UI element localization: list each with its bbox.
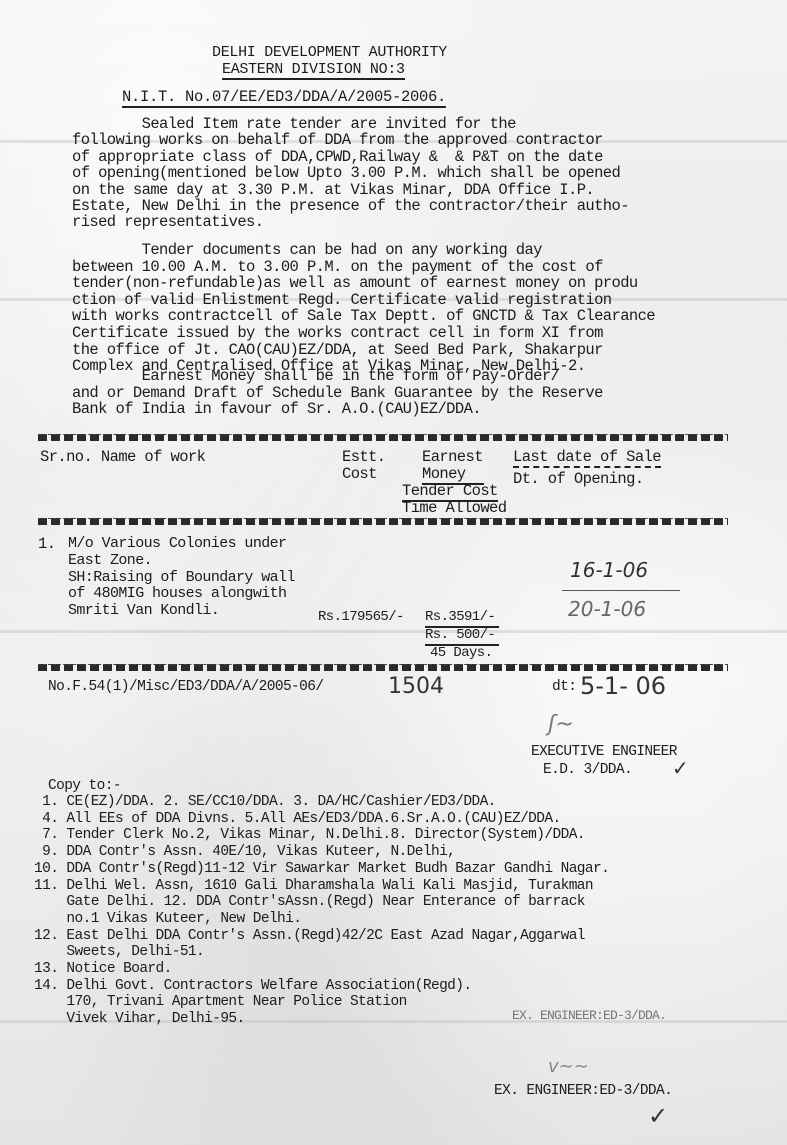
work-name-line: of 480MIG houses alongwith (68, 586, 286, 603)
copy-to-item: Gate Delhi. 12. DDA Contr'sAssn.(Regd) N… (34, 894, 585, 911)
paragraph-line: Sealed Item rate tender are invited for … (72, 116, 516, 133)
row-tender-cost: Rs. 500/- (425, 627, 499, 646)
paragraph-line: tender(non-refundable)as well as amount … (72, 275, 638, 292)
copy-to-item: 11. Delhi Wel. Assn, 1610 Gali Dharamsha… (34, 878, 593, 895)
work-name-line: Smriti Van Kondli. (68, 603, 219, 620)
paper-crease (0, 630, 787, 633)
paragraph-line: and or Demand Draft of Schedule Bank Gua… (72, 385, 603, 402)
signature-title: EXECUTIVE ENGINEER (531, 744, 677, 761)
col-header-last-date-sale: Last date of Sale (513, 449, 661, 468)
copy-to-item: 4. All EEs of DDA Divns. 5.All AEs/ED3/D… (34, 811, 561, 828)
col-header-cost: Cost (342, 466, 377, 483)
org-name: DELHI DEVELOPMENT AUTHORITY (212, 44, 447, 61)
copy-to-item: 7. Tender Clerk No.2, Vikas Minar, N.Del… (34, 827, 585, 844)
copy-to-item: 13. Notice Board. (34, 961, 172, 978)
copy-to-item: no.1 Vikas Kuteer, New Delhi. (34, 911, 301, 928)
file-number: No.F.54(1)/Misc/ED3/DDA/A/2005-06/ (48, 679, 323, 696)
row-srno: 1. (38, 536, 55, 553)
table-bottom-rule (38, 664, 728, 671)
file-number-handwritten: 1504 (388, 674, 444, 699)
row-time-allowed: 45 Days. (430, 645, 492, 662)
copy-to-item: 10. DDA Contr's(Regd)11-12 Vir Sawarkar … (34, 861, 609, 878)
paragraph-line: with works contractcell of Sale Tax Dept… (72, 308, 655, 325)
check-mark-icon: ✓ (672, 756, 689, 780)
copy-to-label: Copy to:- (48, 778, 121, 795)
paragraph-line: Tender documents can be had on any worki… (72, 242, 542, 259)
table-header-rule (38, 518, 728, 525)
copy-to-item: 12. East Delhi DDA Contr's Assn.(Regd)42… (34, 928, 585, 945)
check-mark-icon: ✓ (648, 1102, 668, 1130)
paragraph-line: Earnest Money shall be in the form of Pa… (72, 368, 559, 385)
copy-to-item: 14. Delhi Govt. Contractors Welfare Asso… (34, 978, 471, 995)
paragraph-line: on the same day at 3.30 P.M. at Vikas Mi… (72, 182, 594, 199)
work-name-line: East Zone. (68, 553, 152, 570)
signature-scribble-2: v~~ (548, 1056, 589, 1077)
paragraph-line: between 10.00 A.M. to 3.00 P.M. on the p… (72, 259, 603, 276)
paragraph-line: of appropriate class of DDA,CPWD,Railway… (72, 149, 603, 166)
copy-to-item: 1. CE(EZ)/DDA. 2. SE/CC10/DDA. 3. DA/HC/… (34, 794, 496, 811)
col-header-time-allowed: Time Allowed (402, 500, 506, 517)
col-header-date-opening: Dt. of Opening. (513, 471, 644, 488)
division-name: EASTERN DIVISION NO:3 (222, 61, 405, 80)
copy-to-item: 9. DDA Contr's Assn. 40E/10, Vikas Kutee… (34, 844, 455, 861)
overprint-text: EX. ENGINEER:ED-3/DDA. (512, 1008, 666, 1025)
paragraph-line: the office of Jt. CAO(CAU)EZ/DDA, at See… (72, 342, 603, 359)
copy-to-item: Sweets, Delhi-51. (34, 944, 204, 961)
row-last-date-sale: 16-1-06 (570, 558, 648, 582)
work-name-line: SH:Raising of Boundary wall (68, 570, 295, 587)
col-header-srno-name: Sr.no. Name of work (40, 449, 205, 466)
paragraph-line: Certificate issued by the works contract… (72, 325, 603, 342)
copy-to-item: 170, Trivani Apartment Near Police Stati… (34, 994, 407, 1011)
paragraph-line: ction of valid Enlistment Regd. Certific… (72, 292, 612, 309)
paragraph-line: rised representatives. (72, 214, 263, 231)
paragraph-line: Bank of India in favour of Sr. A.O.(CAU)… (72, 401, 481, 418)
signature-subtitle: E.D. 3/DDA. (543, 762, 632, 779)
signature-scribble: ʃ~ (548, 712, 574, 737)
copy-to-item: Vivek Vihar, Delhi-95. (34, 1011, 245, 1028)
table-top-rule (38, 434, 728, 441)
col-header-earnest: Earnest (422, 449, 483, 466)
paragraph-line: following works on behalf of DDA from th… (72, 132, 603, 149)
row-earnest-money: Rs.3591/- (425, 609, 499, 628)
paragraph-line: Estate, New Delhi in the presence of the… (72, 198, 629, 215)
paragraph-line: of opening(mentioned below Upto 3.00 P.M… (72, 165, 620, 182)
signature-title-2: EX. ENGINEER:ED-3/DDA. (494, 1083, 672, 1100)
row-estt-cost: Rs.179565/- (318, 609, 404, 626)
work-name-line: M/o Various Colonies under (68, 536, 286, 553)
row-date-opening: 20-1-06 (568, 597, 646, 621)
date-divider (562, 590, 680, 591)
date-label: dt: (552, 679, 576, 696)
col-header-estt: Estt. (342, 449, 386, 466)
date-handwritten: 5-1- 06 (580, 672, 666, 700)
nit-number: N.I.T. No.07/EE/ED3/DDA/A/2005-2006. (122, 88, 446, 108)
